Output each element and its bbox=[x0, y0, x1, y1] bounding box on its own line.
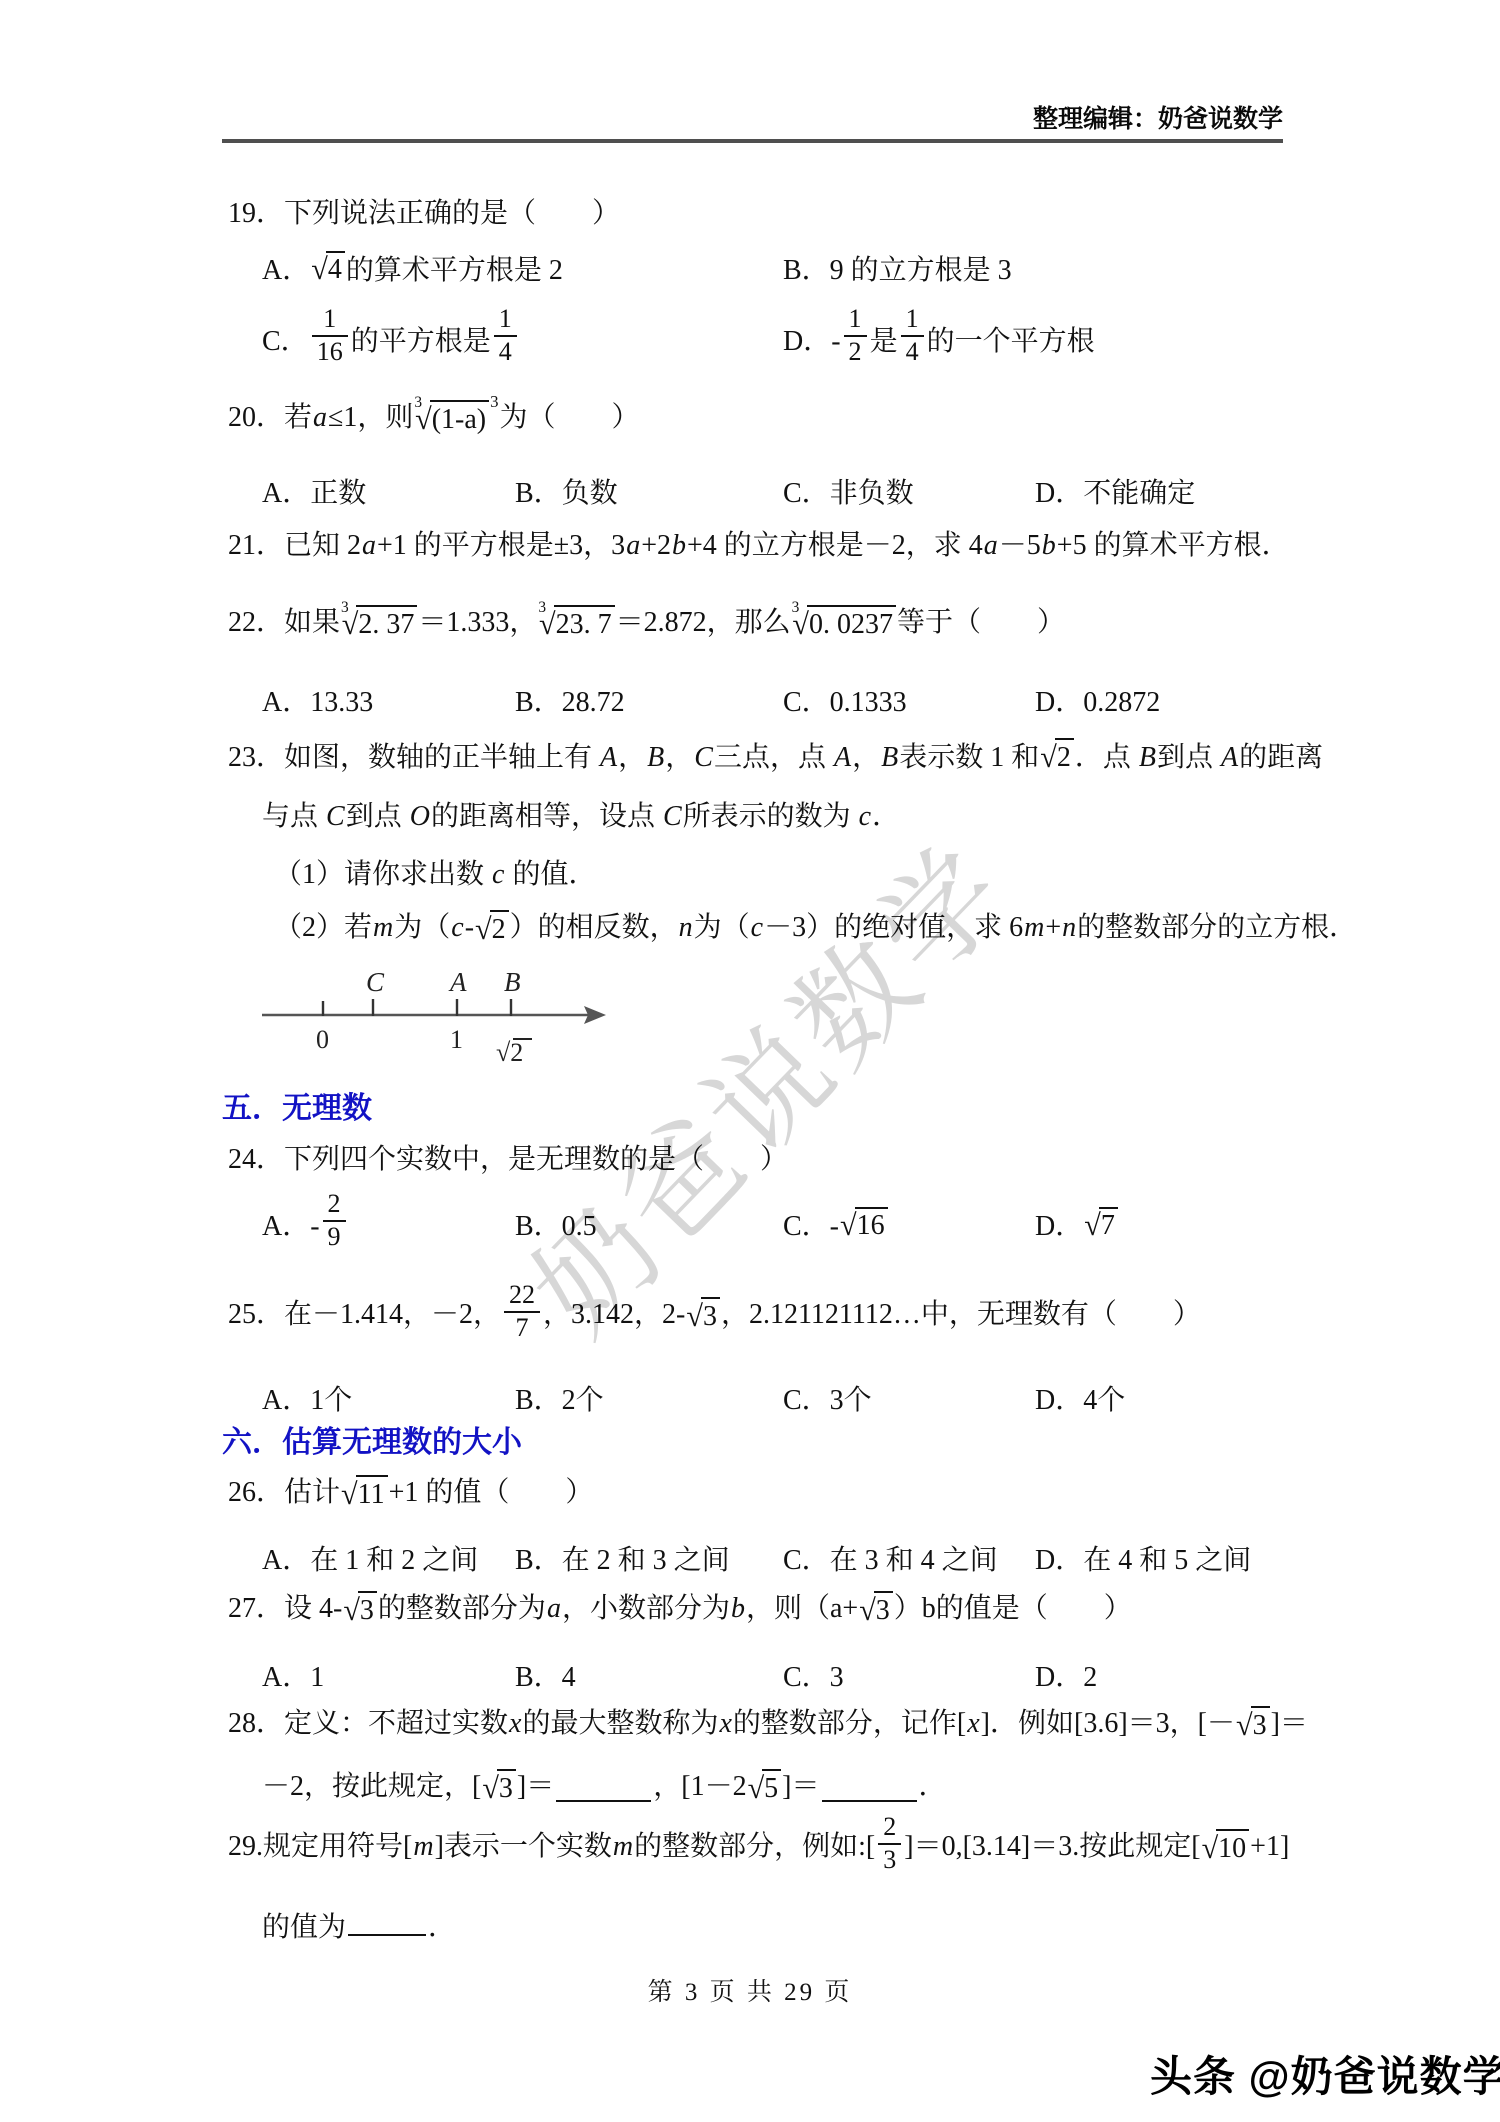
option-a: A．1个 bbox=[262, 1378, 515, 1418]
option-c: C．在 3 和 4 之间 bbox=[783, 1538, 1035, 1578]
question-21-text: 21．已知 2a+1 的平方根是±3，3a+2b+4 的立方根是－2，求 4a－… bbox=[228, 529, 1303, 563]
question-19-options-row-1: A．√4的算术平方根是 2 B．9 的立方根是 3 bbox=[262, 240, 1292, 296]
option-a: A．13.33 bbox=[262, 680, 515, 720]
question-24-options: A．-29 B．0.5 C．-√16 D．√7 bbox=[262, 1186, 1292, 1262]
point-b-label: B bbox=[504, 967, 521, 997]
option-d: D．4个 bbox=[1035, 1378, 1292, 1418]
point-a-label: A bbox=[448, 967, 467, 997]
tick-one-label: 1 bbox=[450, 1025, 463, 1054]
option-c: C．非负数 bbox=[783, 471, 1035, 511]
tick-sqrt2-label: √2 bbox=[496, 1038, 523, 1067]
option-c: C．0.1333 bbox=[783, 680, 1035, 720]
number-line-figure: C A B 0 1 √2 bbox=[230, 953, 620, 1081]
section-six-heading: 六．估算无理数的大小 bbox=[222, 1417, 522, 1461]
option-d: D．在 4 和 5 之间 bbox=[1035, 1538, 1292, 1578]
section-five-heading: 五．无理数 bbox=[222, 1083, 372, 1127]
question-23-part-2: （2）若 m 为（c-√2）的相反数，n 为（c－3）的绝对值，求 6m+n 的… bbox=[274, 903, 1349, 953]
option-c: C．-√16 bbox=[783, 1204, 1035, 1244]
question-23-line-2: 与点 C到点 O的距离相等，设点 C所表示的数为 c． bbox=[262, 800, 1337, 834]
option-b: B．0.5 bbox=[515, 1204, 783, 1244]
question-22-options: A．13.33 B．28.72 C．0.1333 D．0.2872 bbox=[262, 680, 1292, 720]
option-a: A．1 bbox=[262, 1655, 515, 1695]
option-b: B．在 2 和 3 之间 bbox=[515, 1538, 783, 1578]
option-a: A．正数 bbox=[262, 471, 515, 511]
worksheet-page: 奶爸说数学 整理编辑：奶爸说数学 19．下列说法正确的是（ ） A．√4的算术平… bbox=[0, 0, 1500, 2122]
option-d: D．0.2872 bbox=[1035, 680, 1292, 720]
question-20-options: A．正数 B．负数 C．非负数 D．不能确定 bbox=[262, 471, 1292, 511]
question-19-title: 19．下列说法正确的是（ ） bbox=[228, 197, 1303, 231]
option-b: B．2个 bbox=[515, 1378, 783, 1418]
point-c-label: C bbox=[366, 967, 385, 997]
tick-zero-label: 0 bbox=[316, 1025, 329, 1054]
question-23-line-1: 23．如图，数轴的正半轴上有 A，B，C三点，点 A，B表示数 1 和√2．点 … bbox=[228, 738, 1303, 775]
option-d: D．不能确定 bbox=[1035, 471, 1292, 511]
option-d: D．√7 bbox=[1035, 1204, 1292, 1244]
answer-blank bbox=[556, 1772, 651, 1802]
answer-blank bbox=[348, 1906, 426, 1936]
header-divider bbox=[222, 139, 1283, 143]
option-c: C．116的平方根是14 bbox=[262, 308, 783, 369]
question-28-line-1: 28．定义：不超过实数 x 的最大整数称为 x 的整数部分，记作[x]．例如[3… bbox=[228, 1700, 1303, 1748]
question-28-line-2: －2，按此规定，[√3]＝，[1－2√5]＝． bbox=[262, 1763, 1337, 1811]
toutiao-watermark: 头条 @奶爸说数学 bbox=[1150, 2044, 1500, 2104]
question-26-title: 26．估计√11+1 的值（ ） bbox=[228, 1470, 1303, 1516]
question-25-options: A．1个 B．2个 C．3个 D．4个 bbox=[262, 1378, 1292, 1418]
option-b: B．4 bbox=[515, 1655, 783, 1695]
option-a: A．-29 bbox=[262, 1193, 515, 1254]
question-27-options: A．1 B．4 C．3 D．2 bbox=[262, 1655, 1292, 1695]
option-d: D．-12是14的一个平方根 bbox=[783, 308, 1292, 369]
question-19-options-row-2: C．116的平方根是14 D．-12是14的一个平方根 bbox=[262, 300, 1292, 378]
question-29-line-2: 的值为． bbox=[262, 1906, 1337, 1945]
editor-credit: 整理编辑：奶爸说数学 bbox=[1033, 99, 1283, 135]
option-c: C．3个 bbox=[783, 1378, 1035, 1418]
question-23-part-1: （1）请你求出数 c 的值． bbox=[274, 858, 1349, 892]
question-27-title: 27．设 4-√3的整数部分为 a，小数部分为 b，则（a+√3）b的值是（ ） bbox=[228, 1585, 1303, 1633]
option-d: D．2 bbox=[1035, 1655, 1292, 1695]
question-25-text: 25．在－1.414，－2，227，3.142，2-√3，2.121121112… bbox=[228, 1270, 1303, 1360]
option-b: B．9 的立方根是 3 bbox=[783, 248, 1292, 288]
question-24-title: 24．下列四个实数中，是无理数的是（ ） bbox=[228, 1143, 1303, 1177]
option-a: A．√4的算术平方根是 2 bbox=[262, 248, 783, 288]
option-a: A．在 1 和 2 之间 bbox=[262, 1538, 515, 1578]
option-c: C．3 bbox=[783, 1655, 1035, 1695]
option-b: B．28.72 bbox=[515, 680, 783, 720]
question-29-line-1: 29.规定用符号[m]表示一个实数 m 的整数部分，例如:[23]＝0,[3.1… bbox=[228, 1810, 1303, 1884]
answer-blank bbox=[822, 1772, 917, 1802]
question-26-options: A．在 1 和 2 之间 B．在 2 和 3 之间 C．在 3 和 4 之间 D… bbox=[262, 1538, 1292, 1578]
page-number: 第 3 页 共 29 页 bbox=[0, 1972, 1500, 2008]
option-b: B．负数 bbox=[515, 471, 783, 511]
question-20-title: 20．若 a≤1，则3√(1-a)3为（ ） bbox=[228, 391, 1303, 445]
question-22-title: 22．如果 3√2. 37＝1.333，3√23. 7＝2.872，那么3√0.… bbox=[228, 596, 1303, 650]
